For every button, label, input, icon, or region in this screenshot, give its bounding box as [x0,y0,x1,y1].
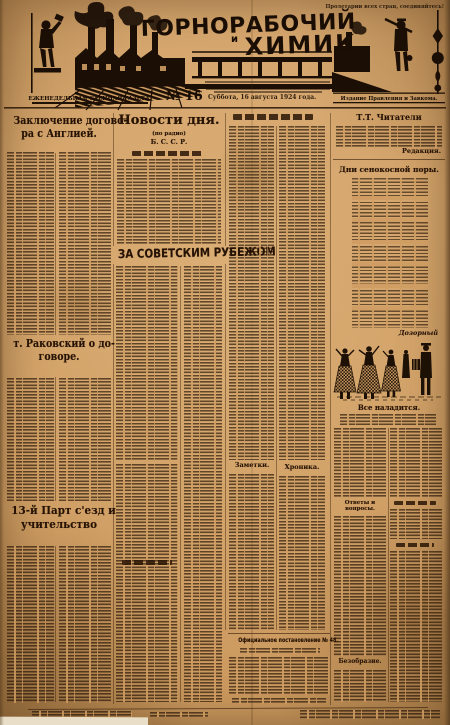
text-block [390,551,442,702]
newspaper-page: Пролетарии всех стран, соединяйтесь! [0,0,450,725]
headline-resolution: Официальное постановление № 48. [228,637,330,644]
text-block [116,464,178,702]
text-block [7,152,54,335]
column-rule [113,113,114,246]
accordion-man-icon [412,343,432,395]
masthead-title-conj: и [231,34,238,45]
masthead-banner: Пролетарии всех стран, соединяйтесь! [0,0,450,112]
column-rule [55,377,56,501]
headline-news: Новости дня. [116,113,222,129]
text-block [390,509,442,539]
cartoon-illustration [333,340,445,402]
subhead-bar [233,114,313,120]
column-rule [330,113,331,705]
page-edge-strip [0,717,148,725]
subhead-bezobrazie: Безобразие. [334,659,386,666]
dancing-women-icons [334,346,410,399]
left-caption: ЕЖЕНЕДЕЛЬНАЯ СТЕННАЯ ГАЗЕТА. [28,96,151,102]
subhead-otvety: Ответы ивопросы. [334,500,386,513]
text-block [232,698,326,704]
column-rule [55,546,56,702]
column-rule [225,264,226,630]
headline-poem: Дни сенокосной поры. [333,165,445,174]
column-rule [113,264,114,704]
headline-congress: 13-й Парт с'езд и учительство [6,503,112,531]
poem-text-block [352,178,428,328]
text-block [7,378,54,501]
section-rule [228,633,330,634]
headline-rakovsky: т. Раковский о до- говоре. [6,337,112,364]
text-block [229,657,329,695]
text-block [334,516,386,656]
subhead-bar [396,543,434,547]
text-block [59,546,111,703]
lamp-chain-ornament-icon [432,10,444,94]
column-rule [55,153,56,335]
text-block [340,414,436,425]
right-caption: Издание Правления и Завкома. [341,96,438,102]
masthead-title-sub: ХИМИК [244,29,357,61]
miner-figure-icon [385,19,413,72]
subhead-khronika: Хроника. [279,464,325,471]
text-block [334,428,386,498]
poem-signature: Дозорный [374,330,438,337]
subhead-bar [394,501,436,505]
subhead-bar [132,151,202,156]
fold-line [251,0,253,725]
text-block [7,546,54,703]
text-block [334,670,386,702]
column-rule [276,126,277,630]
column-rule [388,428,389,702]
news-subline: (по радио) [116,131,222,137]
text-block [336,126,442,148]
date-line: Суббота, 16 августа 1924 года. [208,94,316,101]
text-block [184,266,222,702]
headline-treaty: Заключение догово- ра с Англией. [6,114,112,141]
subhead-bar [122,560,172,565]
imprint-block [300,710,440,719]
text-block [116,266,178,460]
headline-readers: Т.Т. Читатели [333,113,445,123]
readers-signoff: Редакция. [333,148,441,155]
text-block [59,152,111,335]
column-rule [225,113,226,246]
section-rule [333,159,445,160]
issue-number: № 16 [166,89,203,104]
cartoon-caption: Все наладится. [333,404,445,413]
column-rule [180,266,181,702]
blacksmith-figure-icon [31,13,64,93]
text-block [390,428,442,498]
news-subline2: Б. С. С. Р. [116,139,222,146]
page-edge-shadow [444,0,450,725]
text-block [59,378,111,501]
text-block [117,159,221,244]
text-block [279,126,325,460]
page-edge-shadow [0,0,4,725]
text-block [279,476,325,630]
imprint-block [150,712,208,717]
